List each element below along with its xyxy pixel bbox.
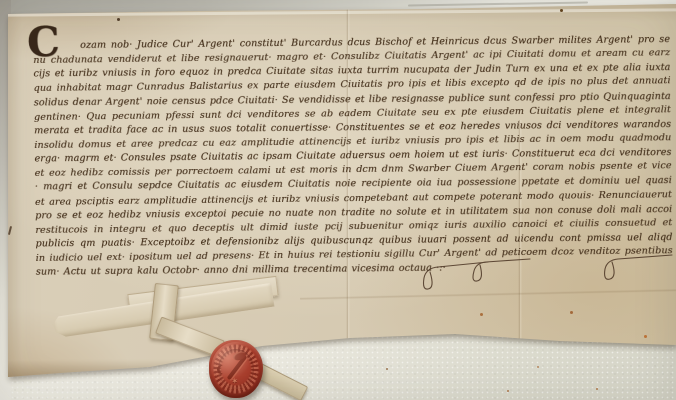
rust-speck [480,313,483,316]
photo-of-parchment-charter: C ozam nob· Judice Cur' Argent' constitu… [0,0,676,400]
rust-speck [560,9,563,12]
manuscript-line: sum· Actu ut supra kalu Octobr· anno dni… [36,262,456,280]
red-wax-seal: ✶ [209,340,263,398]
manuscript-text-block: ozam nob· Judice Cur' Argent' constitut'… [33,32,673,280]
ink-speck [117,18,120,21]
rust-speck [644,335,647,338]
parchment-sheet: C ozam nob· Judice Cur' Argent' constitu… [0,0,676,400]
seal-highlight [211,342,261,396]
margin-ink-mark [8,226,12,235]
parchment-surface: C ozam nob· Judice Cur' Argent' constitu… [0,0,676,400]
line-filler-flourishes [416,250,674,294]
parchment-top-edge [8,8,676,16]
rust-speck [570,311,573,314]
